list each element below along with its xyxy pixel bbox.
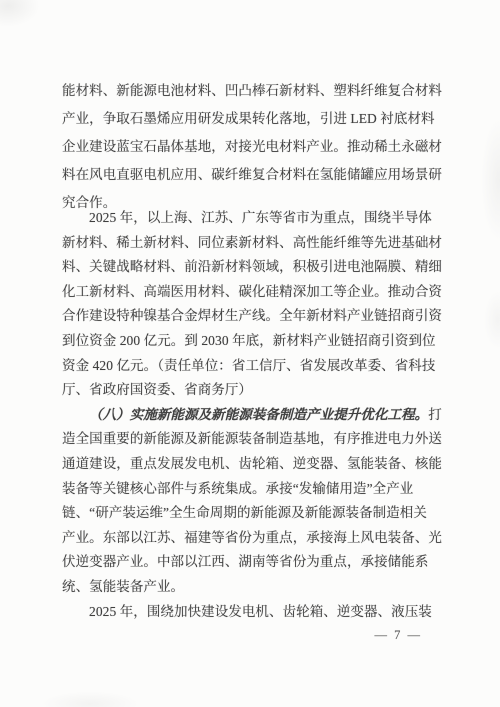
paragraph-materials-continued: 能材料、新能源电池材料、凹凸棒石新材料、塑料纤维复合材料 产业，争取石墨烯应用研… — [62, 77, 448, 217]
page-number: — 7 — — [375, 628, 423, 643]
paragraph-new-materials-2025: 2025 年，以上海、江苏、广东等省市为重点，围绕半导体 新材料、稀土新材料、同… — [62, 206, 448, 403]
section-eight-heading: （八）实施新能源及新能源装备制造产业提升优化工程。 — [89, 407, 428, 422]
paragraph-equipment-2025: 2025 年，围绕加快建设发电机、齿轮箱、逆变器、液压装 — [62, 600, 448, 625]
section-eight-body: 打 造全国重要的新能源及新能源装备制造基地，有序推进电力外送 通道建设，重点发展… — [62, 407, 442, 594]
paragraph-section-eight: （八）实施新能源及新能源装备制造产业提升优化工程。打 造全国重要的新能源及新能源… — [62, 403, 448, 600]
document-page: 能材料、新能源电池材料、凹凸棒石新材料、塑料纤维复合材料 产业，争取石墨烯应用研… — [0, 0, 500, 707]
document-body: 能材料、新能源电池材料、凹凸棒石新材料、塑料纤维复合材料 产业，争取石墨烯应用研… — [62, 77, 448, 624]
